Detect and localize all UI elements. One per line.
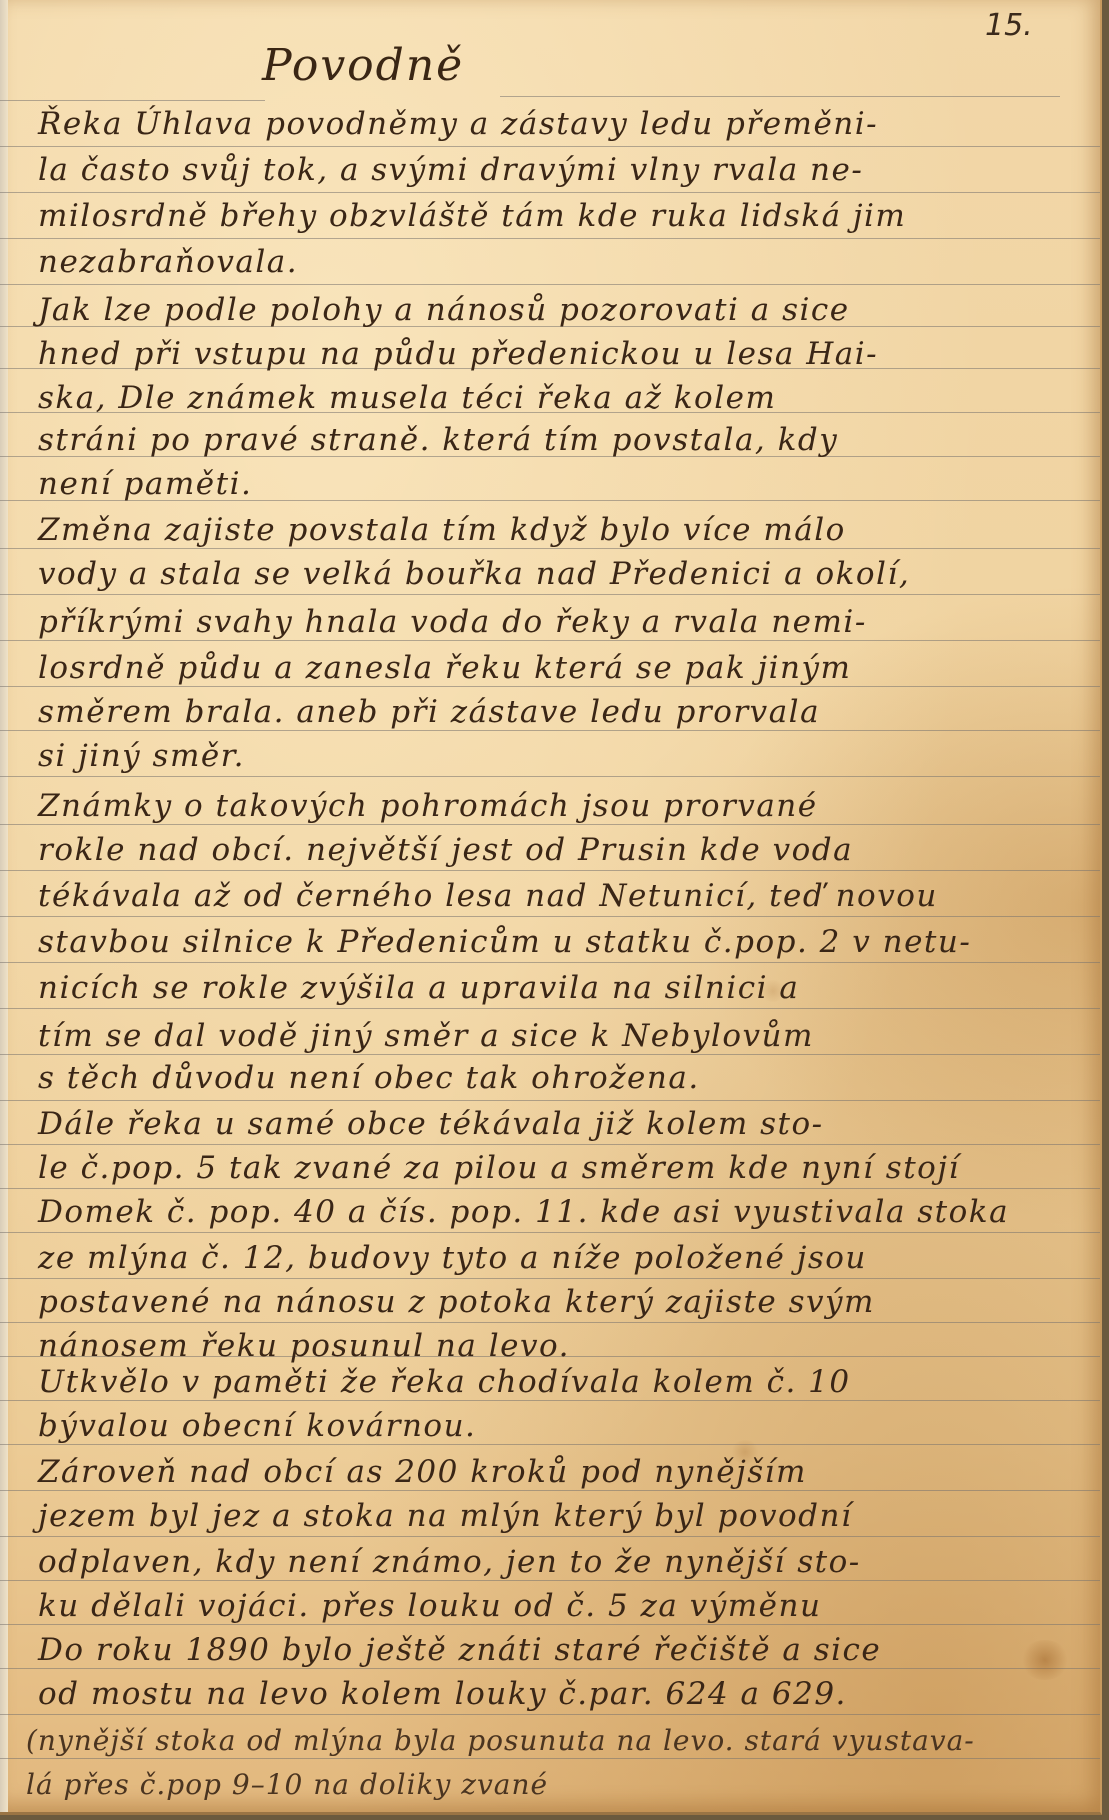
text-line: od mostu na levo kolem louky č.par. 624 … <box>38 1676 847 1712</box>
ruling-line <box>0 238 1100 239</box>
ruling-line <box>0 100 265 101</box>
ruling-line <box>0 1008 1100 1009</box>
ruling-line <box>500 96 1060 97</box>
ruling-line <box>0 1668 1100 1669</box>
ruling-line <box>0 1322 1100 1323</box>
text-line: si jiný směr. <box>38 738 245 774</box>
text-line: milosrdně břehy obzvláště tám kde ruka l… <box>38 198 906 234</box>
text-line: le č.pop. 5 tak zvané za pilou a směrem … <box>38 1150 960 1186</box>
binding-edge <box>0 0 8 1812</box>
ruling-line <box>0 1714 1100 1715</box>
ruling-line <box>0 1400 1100 1401</box>
ruling-line <box>0 824 1100 825</box>
ruling-line <box>0 1054 1100 1055</box>
text-line: (nynější stoka od mlýna byla posunuta na… <box>26 1724 975 1757</box>
text-line: jezem byl jez a stoka na mlýn který byl … <box>38 1498 852 1534</box>
text-line: rokle nad obcí. největší jest od Prusin … <box>38 832 853 868</box>
text-line: vody a stala se velká bouřka nad Předeni… <box>38 556 910 592</box>
text-line: bývalou obecní kovárnou. <box>38 1408 476 1444</box>
text-line: s těch důvodu není obec tak ohrožena. <box>38 1060 700 1096</box>
text-line: nezabraňovala. <box>38 244 298 280</box>
text-line: nicích se rokle zvýšila a upravila na si… <box>38 970 799 1006</box>
ruling-line <box>0 1758 1100 1759</box>
ruling-line <box>0 1188 1100 1189</box>
text-line: odplaven, kdy není známo, jen to že nyně… <box>38 1544 861 1580</box>
ruling-line <box>0 192 1100 193</box>
ruling-line <box>0 1536 1100 1537</box>
text-line: směrem brala. aneb při zástave ledu pror… <box>38 694 820 730</box>
ruling-line <box>0 640 1100 641</box>
ruling-line <box>0 870 1100 871</box>
text-line: tékávala až od černého lesa nad Netunicí… <box>38 878 938 914</box>
text-line: Dále řeka u samé obce tékávala již kolem… <box>38 1106 824 1142</box>
text-line: nánosem řeku posunul na levo. <box>38 1328 570 1364</box>
ruling-line <box>0 1624 1100 1625</box>
text-line: ze mlýna č. 12, budovy tyto a níže polož… <box>38 1240 867 1276</box>
text-line: lá přes č.pop 9–10 na doliky zvané <box>26 1768 548 1801</box>
text-line: ku dělali vojáci. přes louku od č. 5 za … <box>38 1588 821 1624</box>
text-line: Známky o takových pohromách jsou prorvan… <box>38 788 818 824</box>
text-line: není paměti. <box>38 466 252 502</box>
ruling-line <box>0 284 1100 285</box>
text-line: příkrými svahy hnala voda do řeky a rval… <box>38 604 867 640</box>
text-line: stavbou silnice k Předenicům u statku č.… <box>38 924 971 960</box>
text-line: ska, Dle známek musela téci řeka až kole… <box>38 380 776 416</box>
text-line: la často svůj tok, a svými dravými vlny … <box>38 152 863 188</box>
text-line: stráni po pravé straně. která tím povsta… <box>38 422 838 458</box>
ruling-line <box>0 1100 1100 1101</box>
ruling-line <box>0 730 1100 731</box>
text-line: Řeka Úhlava povodněmy a zástavy ledu pře… <box>38 106 878 142</box>
ruling-line <box>0 146 1100 147</box>
ruling-line <box>0 594 1100 595</box>
text-line: Do roku 1890 bylo ještě znáti staré řeči… <box>38 1632 881 1668</box>
text-line: Změna zajiste povstala tím když bylo víc… <box>38 512 846 548</box>
page-number: 15. <box>985 8 1033 43</box>
ruling-line <box>0 1232 1100 1233</box>
page-title: Povodně <box>262 40 464 91</box>
ruling-line <box>0 1144 1100 1145</box>
text-line: Jak lze podle polohy a nánosů pozorovati… <box>38 292 850 328</box>
ruling-line <box>0 776 1100 777</box>
text-line: losrdně půdu a zanesla řeku která se pak… <box>38 650 851 686</box>
text-line: Utkvělo v paměti že řeka chodívala kolem… <box>38 1364 851 1400</box>
text-line: Zároveň nad obcí as 200 kroků pod nynějš… <box>38 1454 807 1490</box>
ruling-line <box>0 548 1100 549</box>
ruling-line <box>0 1444 1100 1445</box>
text-line: hned při vstupu na půdu předenickou u le… <box>38 336 878 372</box>
ruling-line <box>0 1278 1100 1279</box>
text-line: tím se dal vodě jiný směr a sice k Nebyl… <box>38 1018 814 1054</box>
ruling-line <box>0 1580 1100 1581</box>
text-line: postavené na nánosu z potoka který zajis… <box>38 1284 875 1320</box>
ruling-line <box>0 962 1100 963</box>
ruling-line <box>0 916 1100 917</box>
ruling-line <box>0 1490 1100 1491</box>
ruling-line <box>0 686 1100 687</box>
manuscript-page: 15. Povodně Řeka Úhlava povodněmy a zást… <box>0 0 1102 1815</box>
text-line: Domek č. pop. 40 a čís. pop. 11. kde asi… <box>38 1194 1009 1230</box>
paper-stain <box>1020 1640 1070 1680</box>
